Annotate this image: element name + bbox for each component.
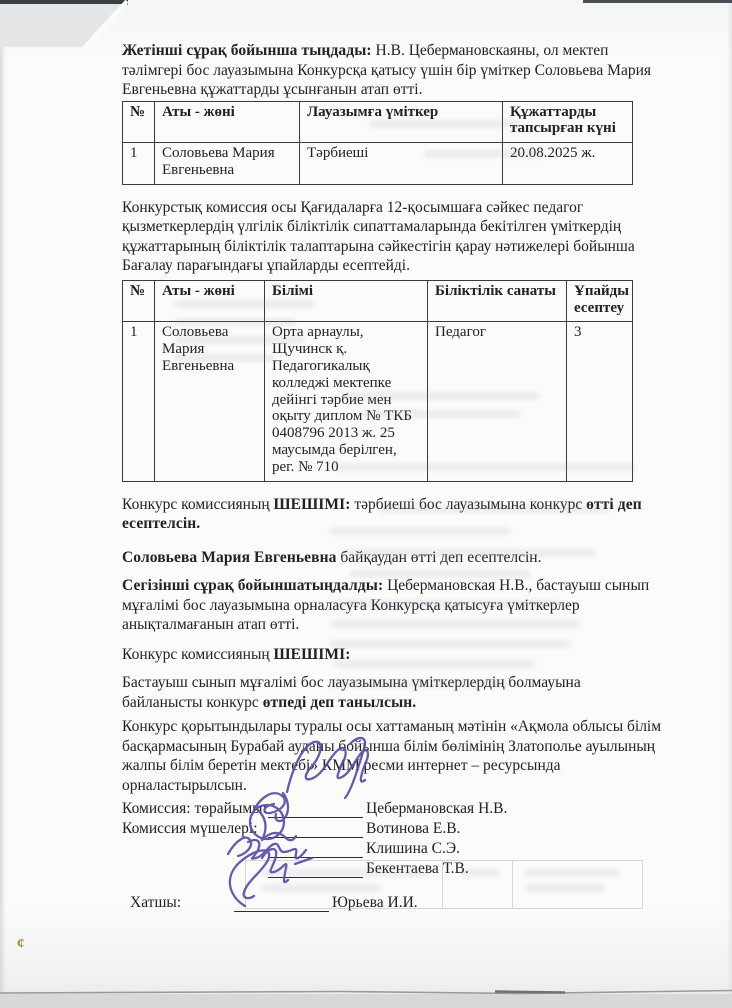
page-bottom-smudge: [495, 992, 565, 993]
candidate-evaluation-table: №Аты - жөніБіліміБіліктілік санатыҰпайды…: [122, 280, 633, 482]
bleed-through-streak: [175, 318, 295, 326]
text-run: Конкурс қорытындылары туралы осы хаттама…: [122, 718, 661, 794]
bleed-through-streak: [345, 549, 595, 557]
signature-row: Клишина С.Э.: [122, 838, 662, 858]
bold-text: ШЕШІМІ:: [274, 496, 351, 513]
corner-mark: ¢: [17, 936, 25, 953]
bleed-through-streak: [262, 884, 382, 892]
table-cell: Педагог: [428, 322, 567, 481]
scan-bottom-edge: [0, 994, 732, 1008]
text-run: Конкурс комиссияның: [122, 646, 274, 663]
bleed-through-streak: [370, 120, 520, 128]
signature-line: [268, 802, 363, 818]
bleed-through-streak: [380, 505, 610, 513]
bleed-through-streak: [175, 354, 275, 362]
bleed-through-streak: [330, 620, 580, 628]
bleed-through-streak: [175, 300, 315, 308]
signature-row: Комиссия мүшелері:Вотинова Е.В.: [122, 818, 662, 838]
table-cell: 3: [567, 322, 633, 481]
bleed-through-streak: [330, 600, 560, 608]
secretary-label: Хатшы:: [130, 893, 234, 913]
column-header: Ұпайды есептеу: [567, 280, 633, 322]
table-cell: Соловьева Мария Евгеньевна: [155, 143, 300, 185]
text-run: Конкурстық комиссия осы Қағидаларға 12-қ…: [122, 199, 635, 275]
bold-text: Сегізінші сұрақ бойыншатыңдалды:: [122, 577, 383, 594]
signature-row: Комиссия: төрайымы:Цебермановская Н.В.: [122, 798, 662, 818]
table-cell: Орта арнаулы, Щучинск қ. Педагогикалық к…: [265, 322, 428, 481]
bold-text: Жетінші сұрақ бойынша тыңдады:: [122, 42, 372, 59]
paragraph-publication: Конкурс қорытындылары туралы осы хаттама…: [122, 717, 662, 795]
paragraph-question-seven: Жетінші сұрақ бойынша тыңдады: Н.В. Цебе…: [122, 41, 662, 100]
paragraph-evaluation-intro: Конкурстық комиссия осы Қағидаларға 12-қ…: [122, 198, 662, 276]
signatory-name: Вотинова Е.В.: [366, 819, 460, 839]
column-header: Аты - жөні: [155, 101, 300, 143]
column-header: №: [123, 280, 155, 322]
table-row: 1Соловьева Мария ЕвгеньевнаОрта арнаулы,…: [123, 322, 633, 481]
signature-role-label: Комиссия: төрайымы:: [122, 799, 268, 819]
column-header: Біліктілік санаты: [428, 280, 567, 322]
table-cell: 20.08.2025 ж.: [503, 143, 633, 185]
bleed-through-streak: [360, 410, 520, 418]
signatory-name: Клишина С.Э.: [366, 839, 460, 859]
bleed-through-streak: [425, 150, 545, 158]
table-row: 1Соловьева Мария ЕвгеньевнаТәрбиеші20.08…: [123, 143, 633, 185]
bleed-through-streak: [262, 869, 427, 877]
document-body: Жетінші сұрақ бойынша тыңдады: Н.В. Цебе…: [122, 41, 662, 912]
bleed-through-streak: [330, 680, 510, 688]
table-cell: Соловьева Мария Евгеньевна: [155, 322, 265, 481]
table-cell: 1: [123, 322, 155, 481]
signature-line: [268, 822, 363, 838]
bleed-through-streak: [335, 660, 535, 668]
bleed-through-streak: [350, 570, 530, 578]
page-corner-fold: [0, 4, 124, 47]
text-run: Конкурс комиссияның: [122, 496, 274, 513]
table-cell: 1: [123, 143, 155, 185]
bold-text: өтпеді деп танылсын.: [263, 694, 417, 711]
column-header: Құжаттарды тапсырған күні: [503, 101, 633, 143]
scanned-protocol-page: { "document": { "paragraphs": [ {"segmen…: [0, 0, 732, 1008]
scanner-top-bar-right: [583, 0, 732, 3]
bleed-through-streak: [460, 869, 500, 877]
bleed-through-streak: [525, 884, 605, 892]
signature-line: [268, 842, 363, 858]
scan-right-edge: [727, 0, 732, 1008]
scan-left-edge: [0, 0, 6, 1008]
candidate-documents-table: №Аты - жөніЛауазымға үміткерҚұжаттарды т…: [122, 101, 633, 185]
column-header: №: [123, 101, 155, 143]
signatory-name: Цебермановская Н.В.: [366, 799, 507, 819]
signature-role-label: Комиссия мүшелері:: [122, 819, 268, 839]
page-corner-crease: [83, 1, 127, 49]
bleed-through-streak: [525, 869, 620, 877]
table-cell: Тәрбиеші: [300, 143, 503, 185]
bleed-through-streak: [335, 463, 635, 471]
bleed-through-streak: [330, 527, 510, 535]
bold-text: Соловьева Мария Евгеньевна: [122, 549, 337, 566]
bleed-through-streak: [175, 336, 305, 344]
bleed-through-streak: [340, 392, 540, 400]
scanner-top-bar-left: [0, 0, 128, 5]
bleed-through-streak: [330, 640, 570, 648]
